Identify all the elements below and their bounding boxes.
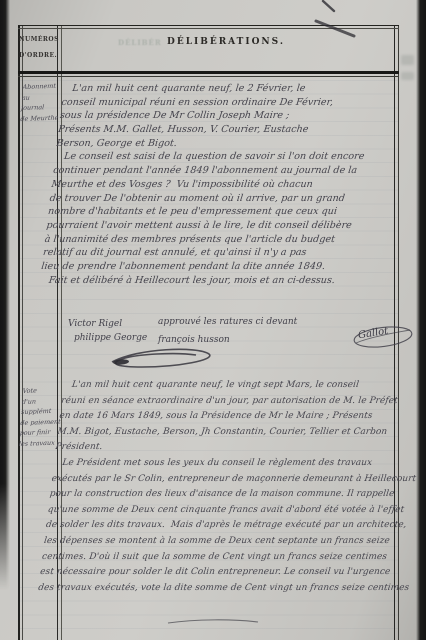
- pen-stroke-top-corner: [323, 1, 334, 11]
- handwritten-line: relatif au dit journal est annulé, et qu…: [42, 246, 376, 260]
- margin-note-line: supplémt: [21, 406, 56, 418]
- table-border-right-outer: [394, 25, 395, 640]
- table-border-top-inner: [18, 28, 399, 29]
- header-rule-thin: [18, 76, 399, 77]
- handwritten-line: exécutés par le Sr Colin, entrepreneur d…: [51, 472, 385, 488]
- margin-note-line: de Meurthe: [20, 112, 55, 124]
- margin-note-entry2: Voted'unsupplémtde paiementpour finirles…: [19, 385, 58, 449]
- signature-philippe-george: philippe George: [74, 333, 147, 343]
- annotation-approved-erasures: approuvé les ratures ci devant: [158, 317, 297, 327]
- handwritten-line: Président.: [54, 440, 388, 456]
- handwritten-line: réuni en séance extraordinaire d'un jour…: [60, 394, 394, 410]
- page-title: DÉLIBÉRATIONS.: [58, 37, 394, 47]
- handwritten-line: pour la construction des lieux d'aisance…: [49, 487, 383, 503]
- bleedthrough-text: DÉLIBÉR: [118, 38, 162, 47]
- margin-note-line: pour finir: [19, 427, 54, 439]
- handwritten-line: pourraient l'avoir mettent aussi à le li…: [46, 219, 380, 233]
- handwritten-line: de solder les dits travaux. Mais d'après…: [45, 518, 379, 534]
- handwritten-line: conseil municipal réuni en session ordin…: [61, 96, 395, 110]
- handwritten-line: L'an mil huit cent quarante neuf, le 2 F…: [62, 82, 396, 96]
- handwritten-line: de trouver De l'obtenir au moment où il …: [49, 192, 383, 206]
- handwritten-line: centimes. D'où il suit que la somme de C…: [41, 550, 375, 566]
- order-column-header-line1: NUMÉROS: [19, 36, 57, 43]
- signature-victor-rigel: Victor Rigel: [68, 319, 122, 329]
- deliberation-entry-1: L'an mil huit cent quarante neuf, le 2 F…: [39, 82, 396, 287]
- deliberation-entry-2: L'an mil huit cent quarante neuf, le vin…: [37, 378, 396, 596]
- signature-francois-husson: françois husson: [158, 335, 230, 345]
- handwritten-line: Le conseil est saisi de la question de s…: [54, 150, 388, 164]
- header-rule-thick: [18, 71, 399, 74]
- order-column-header-line2: D'ORDRE.: [19, 52, 57, 59]
- photo-dark-edge-left: [0, 0, 10, 590]
- handwritten-line: Le Président met sous les yeux du consei…: [53, 456, 387, 472]
- handwritten-line: sous la présidence De Mr Collin Joseph M…: [59, 109, 393, 123]
- handwritten-line: en date 16 Mars 1849, sous la Présidence…: [58, 409, 392, 425]
- handwritten-line: Fait et délibéré à Heillecourt les jour,…: [39, 274, 373, 288]
- handwritten-line: des travaux exécutés, vote la dite somme…: [37, 581, 371, 597]
- handwritten-line: qu'une somme de Deux cent cinquante fran…: [47, 503, 381, 519]
- handwritten-line: lieu de prendre l'abonnement pendant la …: [40, 260, 374, 274]
- handwritten-line: Présents M.M. Gallet, Husson, V. Courier…: [57, 123, 391, 137]
- photo-dark-edge-right: [416, 0, 426, 640]
- table-border-top-outer: [18, 25, 399, 26]
- handwritten-line: nombre d'habitants et le peu d'empressem…: [47, 205, 381, 219]
- handwritten-line: M.M. Bigot, Eustache, Berson, Jh Constan…: [56, 425, 390, 441]
- margin-note-line: Abonnemt: [22, 81, 57, 93]
- handwritten-line: est nécessaire pour solder le dit Colin …: [39, 565, 373, 581]
- table-border-right-inner: [398, 25, 399, 640]
- table-border-left-outer: [18, 25, 20, 640]
- handwritten-line: Berson, George et Bigot.: [56, 137, 390, 151]
- margin-note-entry1: Abonnemtaujournalde Meurthe: [20, 81, 57, 124]
- faint-margin-stamp: [401, 55, 414, 65]
- handwritten-line: L'an mil huit cent quarante neuf, le vin…: [62, 378, 396, 394]
- handwritten-line: les dépenses se montent à la somme de De…: [43, 534, 377, 550]
- scanned-register-page: NUMÉROS D'ORDRE. DÉLIBÉRATIONS. DÉLIBÉR …: [0, 0, 426, 640]
- faint-margin-stamp: [401, 72, 414, 80]
- handwritten-line: à l'unanimité des membres présents que l…: [44, 233, 378, 247]
- margin-note-line: les travaux: [19, 437, 54, 449]
- handwritten-line: continuer pendant l'année 1849 l'abonnem…: [52, 164, 386, 178]
- handwritten-line: Meurthe et des Vosges ? Vu l'impossibili…: [51, 178, 385, 192]
